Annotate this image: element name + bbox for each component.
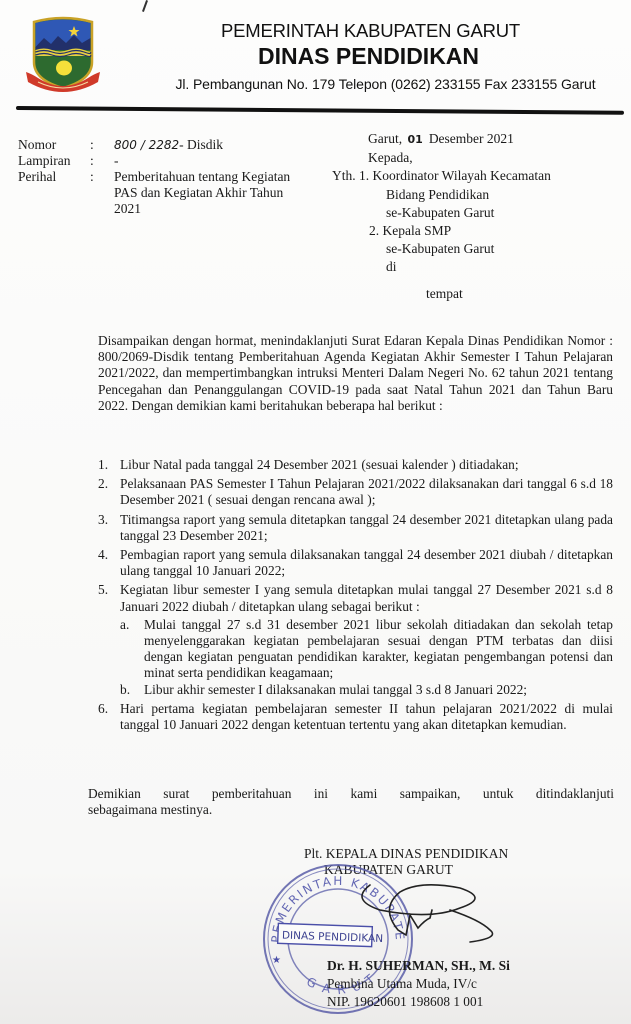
date-day-handwritten: 01 [406,133,429,146]
item-text: Kegiatan libur semester I yang semula di… [120,582,613,613]
letterhead-divider [16,106,624,115]
sub-list-item: b.Libur akhir semester I dilaksanakan mu… [120,682,613,698]
item-text: Libur Natal pada tanggal 24 Desember 202… [120,457,519,472]
letter-date: Garut, 01Desember 2021 [368,130,551,149]
letter-meta: Nomor : 800 / 2282- Disdik Lampiran : - … [18,137,324,217]
list-item: 3.Titimangsa raport yang semula ditetapk… [98,512,613,544]
signatory-nip: NIP. 19620601 198608 1 001 [327,994,483,1010]
recipient-1-line2: Bidang Pendidikan [368,186,551,204]
colon: : [90,169,114,217]
recipient-2-line2: se-Kabupaten Garut [368,240,551,258]
yth-label: Yth. 1. [332,168,369,183]
recipient-2: 2. Kepala SMP [368,222,551,240]
closing-paragraph: Demikian surat pemberitahuan ini kami sa… [88,786,614,818]
item-text: Pelaksanaan PAS Semester I Tahun Pelajar… [120,476,613,507]
colon: : [90,137,114,153]
signatory-rank: Pembina Utama Muda, IV/c [327,976,477,992]
sub-list-item: a.Mulai tanggal 27 s.d 31 desember 2021 … [120,617,613,682]
points-list: 1.Libur Natal pada tanggal 24 Desember 2… [98,457,613,736]
pen-mark [142,0,148,12]
item-number: 3. [98,512,108,528]
handwritten-signature [340,880,520,950]
perihal-label: Perihal [18,169,90,217]
item-number: 4. [98,547,108,563]
perihal-row: Perihal : Pemberitahuan tentang Kegiatan… [18,169,324,217]
item-text: Hari pertama kegiatan pembelajaran semes… [120,701,613,732]
date-place: Garut, [368,131,402,146]
letter-page: PEMERINTAH KABUPATEN GARUT DINAS PENDIDI… [0,0,631,1024]
lampiran-label: Lampiran [18,153,90,169]
list-item: 1.Libur Natal pada tanggal 24 Desember 2… [98,457,613,473]
item-number: 2. [98,476,108,492]
nomor-suffix: - Disdik [179,137,223,152]
item-number: 1. [98,457,108,473]
sub-item-letter: a. [120,617,129,633]
sub-item-text: Libur akhir semester I dilaksanakan mula… [144,682,527,697]
item-text: Titimangsa raport yang semula ditetapkan… [120,512,613,543]
perihal-value: Pemberitahuan tentang Kegiatan PAS dan K… [114,169,304,217]
sub-item-letter: b. [120,682,130,698]
item-number: 5. [98,582,108,598]
item-text: Pembagian raport yang semula dilaksanaka… [120,547,613,578]
svg-text:★: ★ [272,955,281,966]
date-month-year: Desember 2021 [429,131,514,146]
recipient-block: Garut, 01Desember 2021 Kepada, Yth. 1. K… [368,130,551,303]
department-name: DINAS PENDIDIKAN [106,43,631,70]
kepada: Kepada, [368,149,551,167]
intro-paragraph: Disampaikan dengan hormat, menindaklanju… [98,333,613,414]
letterhead: PEMERINTAH KABUPATEN GARUT DINAS PENDIDI… [120,20,631,92]
nomor-value: 800 / 2282- Disdik [114,137,324,153]
item-number: 6. [98,701,108,717]
di: di [368,258,551,276]
recipient-1-line3: se-Kabupaten Garut [368,204,551,222]
sub-item-text: Mulai tanggal 27 s.d 31 desember 2021 li… [144,617,613,681]
colon: : [90,153,114,169]
list-item: 5.Kegiatan libur semester I yang semula … [98,582,613,697]
nomor-handwritten: 800 / 2282 [114,138,179,152]
garut-regency-crest-icon [24,14,102,94]
nomor-label: Nomor [18,137,90,153]
list-item: 6.Hari pertama kegiatan pembelajaran sem… [98,701,613,733]
recipient-1-line1: Koordinator Wilayah Kecamatan [373,168,551,183]
closing-line-1: Demikian surat pemberitahuan ini kami sa… [88,786,614,802]
lampiran-value: - [114,153,324,169]
office-address: Jl. Pembangunan No. 179 Telepon (0262) 2… [140,76,631,92]
recipient-1: Yth. 1. Koordinator Wilayah Kecamatan [332,167,551,185]
nomor-row: Nomor : 800 / 2282- Disdik [18,137,324,153]
tempat: tempat [368,285,551,303]
lampiran-row: Lampiran : - [18,153,324,169]
closing-line-2: sebagaimana mestinya. [88,802,212,817]
government-name: PEMERINTAH KABUPATEN GARUT [110,20,631,42]
signatory-name: Dr. H. SUHERMAN, SH., M. Si [327,958,510,974]
list-item: 2.Pelaksanaan PAS Semester I Tahun Pelaj… [98,476,613,508]
sub-list: a.Mulai tanggal 27 s.d 31 desember 2021 … [120,617,613,698]
list-item: 4.Pembagian raport yang semula dilaksana… [98,547,613,579]
